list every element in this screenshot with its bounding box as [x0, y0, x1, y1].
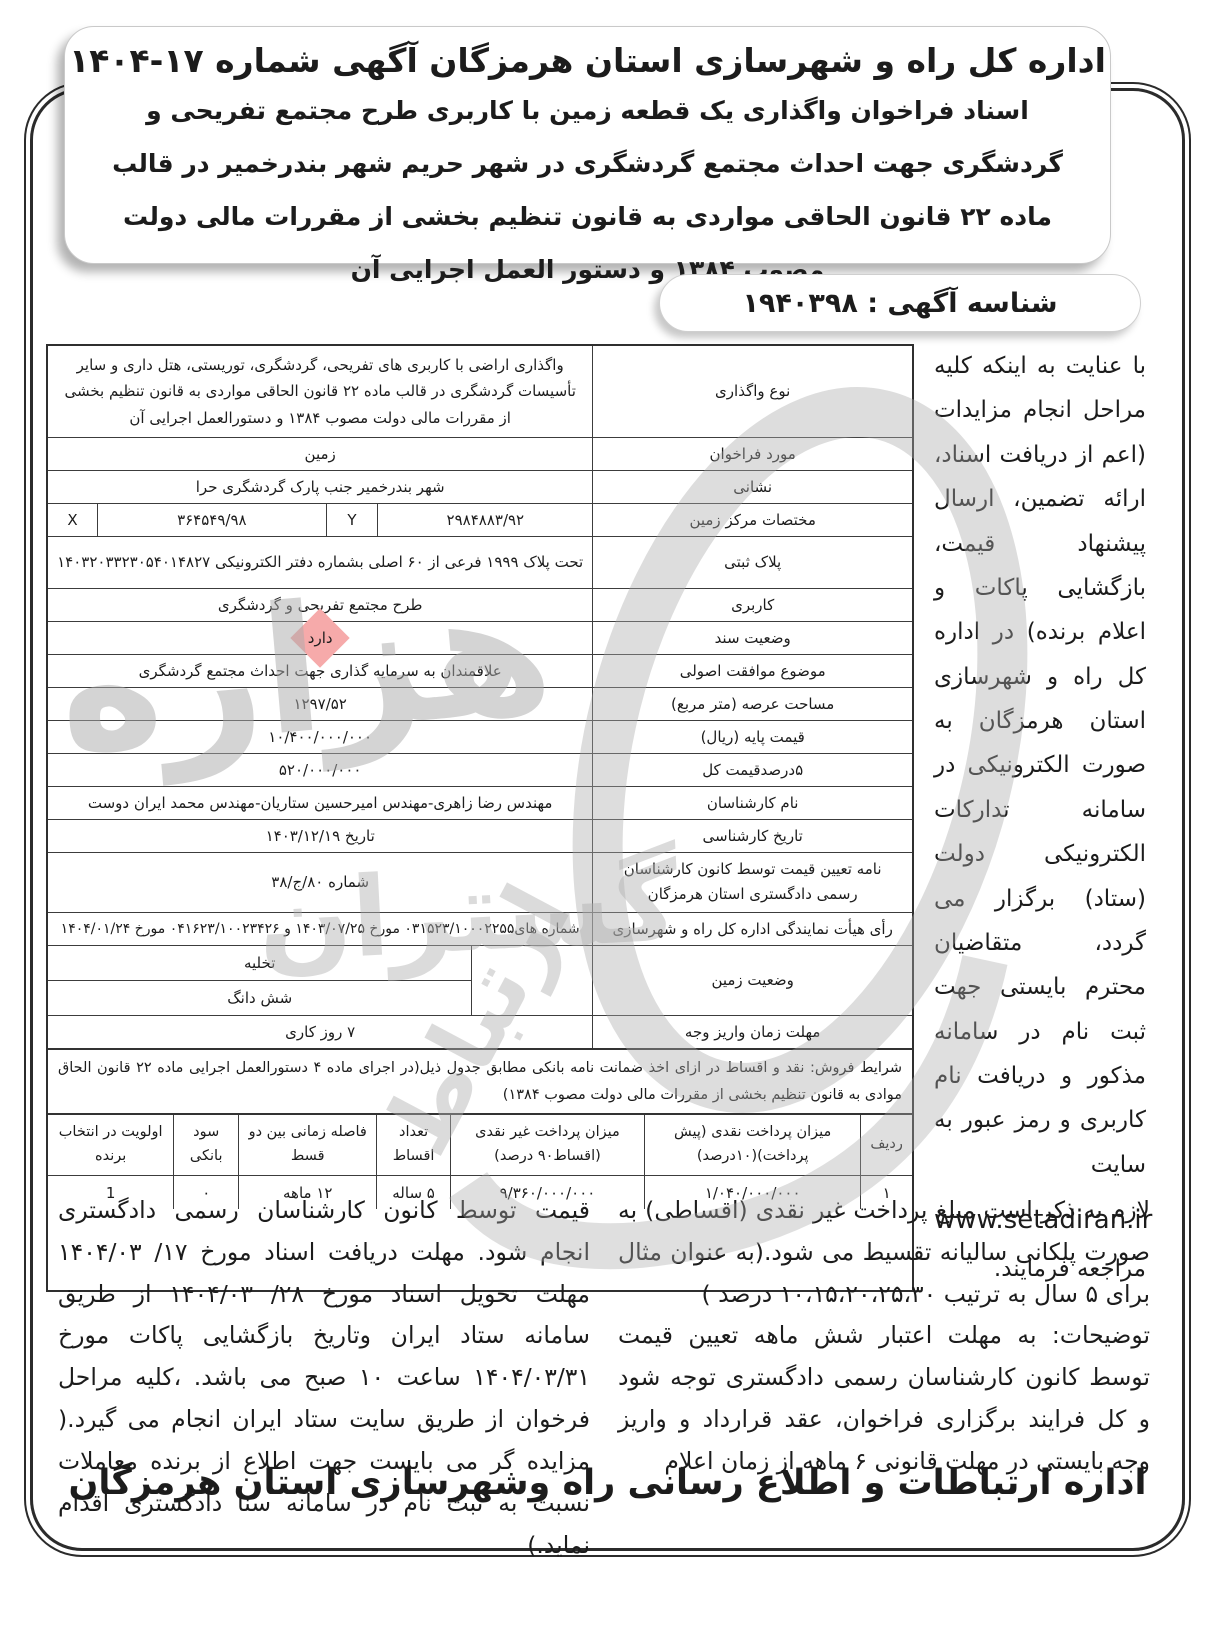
table-row-label: نام کارشناسان	[592, 787, 912, 819]
installments-header-radif: ردیف	[860, 1115, 912, 1175]
installments-header-count: تعداد اقساط	[376, 1115, 449, 1175]
table-row: تاریخ کارشناسی تاریخ ۱۴۰۳/۱۲/۱۹	[48, 819, 912, 852]
table-row-label: مهلت زمان واریز وجه	[592, 1016, 912, 1048]
table-row-label: ۵درصدقیمت کل	[592, 754, 912, 786]
table-row-label: موضوع موافقت اصولی	[592, 655, 912, 687]
table-row-value: شهر بندرخمیر جنب پارک گردشگری حرا	[48, 471, 592, 503]
table-row-value: شماره های۰۳۱۵۲۳/۱۰۰۰۲۲۵۵ مورخ ۱۴۰۳/۰۷/۲۵…	[48, 913, 592, 945]
table-row: مورد فراخوان زمین	[48, 437, 912, 470]
page-subtitle: اسناد فراخوان واگذاری یک قطعه زمین با کا…	[65, 80, 1110, 296]
land-status-values: تخلیه شش دانگ	[48, 946, 471, 1015]
bottom-notes-left-column: قیمت توسط کانون کارشناسان رسمی دادگستری …	[58, 1190, 590, 1566]
table-row-value: مهندس رضا زاهری-مهندس امیرحسین ستاریان-م…	[48, 787, 592, 819]
table-row: مساحت عرصه (متر مربع) ۱۲۹۷/۵۲	[48, 687, 912, 720]
table-row-label: وضعیت زمین	[592, 946, 912, 1015]
document-status-text: دارد	[308, 629, 333, 647]
table-row: موضوع موافقت اصولی علاقمندان به سرمایه گ…	[48, 654, 912, 687]
main-table: نوع واگذاری واگذاری اراضی با کاربری های …	[46, 344, 914, 1292]
footer-title: اداره ارتباطات و اطلاع رسانی راه وشهرساز…	[0, 1463, 1215, 1503]
table-row-label: نامه تعیین قیمت توسط کانون کارشناسان رسم…	[592, 853, 912, 912]
page-title: اداره کل راه و شهرسازی استان هرمزگان آگه…	[69, 41, 1106, 80]
installments-header-cash: میزان پرداخت نقدی (پیش پرداخت)(۱۰درصد)	[644, 1115, 860, 1175]
bottom-notes-right-column: لازم به ذکر است مبلغ پرداخت غیر نقدی (اق…	[618, 1190, 1150, 1566]
land-status-value-1: تخلیه	[48, 946, 471, 980]
bottom-notes: لازم به ذکر است مبلغ پرداخت غیر نقدی (اق…	[58, 1190, 1150, 1566]
table-row-value: تحت پلاک ۱۹۹۹ فرعی از ۶۰ اصلی بشماره دفت…	[48, 537, 592, 588]
table-row-label: نشانی	[592, 471, 912, 503]
table-row-value: زمین	[48, 438, 592, 470]
note-paragraph: توضیحات: به مهلت اعتبار شش ماهه تعیین قی…	[618, 1315, 1150, 1482]
table-row-value: واگذاری اراضی با کاربری های تفریحی، گردش…	[48, 346, 592, 437]
installments-header-priority: اولویت در انتخاب برنده	[48, 1115, 173, 1175]
table-row: ۵درصدقیمت کل ۵۲۰/۰۰۰/۰۰۰	[48, 753, 912, 786]
table-row-value: تاریخ ۱۴۰۳/۱۲/۱۹	[48, 820, 592, 852]
table-row-label: پلاک ثبتی	[592, 537, 912, 588]
newspaper-ad-page: هزاره گستران ارتباط اداره کل راه و شهرسا…	[0, 0, 1215, 1625]
table-row-value: ۱۰/۴۰۰/۰۰۰/۰۰۰	[48, 721, 592, 753]
table-row: وضعیت سند دارد	[48, 621, 912, 654]
table-row-value: ۵۲۰/۰۰۰/۰۰۰	[48, 754, 592, 786]
table-row: قیمت پایه (ریال) ۱۰/۴۰۰/۰۰۰/۰۰۰	[48, 720, 912, 753]
land-status-spacer-cell	[471, 946, 592, 1015]
header-box: اداره کل راه و شهرسازی استان هرمزگان آگه…	[64, 26, 1111, 264]
coordinates-cells: ۲۹۸۴۸۸۳/۹۲ Y ۳۶۴۵۴۹/۹۸ X	[48, 504, 592, 536]
table-row-value: ۱۲۹۷/۵۲	[48, 688, 592, 720]
coordinate-x-value: ۳۶۴۵۴۹/۹۸	[97, 504, 326, 536]
coordinate-y-label: Y	[326, 504, 378, 536]
table-row-label: مختصات مرکز زمین	[592, 504, 912, 536]
note-paragraph: لازم به ذکر است مبلغ پرداخت غیر نقدی (اق…	[618, 1190, 1150, 1315]
table-row: پلاک ثبتی تحت پلاک ۱۹۹۹ فرعی از ۶۰ اصلی …	[48, 536, 912, 588]
table-row: رأی هیأت نمایندگی اداره کل راه و شهرسازی…	[48, 912, 912, 945]
table-row-label: مورد فراخوان	[592, 438, 912, 470]
table-row-value: دارد	[48, 622, 592, 654]
sale-terms-row: شرایط فروش: نقد و اقساط در ازای اخذ ضمان…	[48, 1048, 912, 1114]
coordinate-x-label: X	[48, 504, 97, 536]
announcement-id-badge: شناسه آگهی : ۱۹۴۰۳۹۸	[659, 274, 1141, 332]
table-row-label: قیمت پایه (ریال)	[592, 721, 912, 753]
installments-header-interest: سود بانکی	[173, 1115, 238, 1175]
table-row: نام کارشناسان مهندس رضا زاهری-مهندس امیر…	[48, 786, 912, 819]
sale-terms-text: شرایط فروش: نقد و اقساط در ازای اخذ ضمان…	[48, 1050, 912, 1114]
land-status-value-2: شش دانگ	[48, 980, 471, 1015]
table-row-label: رأی هیأت نمایندگی اداره کل راه و شهرسازی	[592, 913, 912, 945]
sidebar-note: با عنایت به اینکه کلیه مراحل انجام مزاید…	[934, 344, 1146, 1292]
table-row-label: کاربری	[592, 589, 912, 621]
installments-header-interval: فاصله زمانی بین دو قسط	[238, 1115, 376, 1175]
table-row: مهلت زمان واریز وجه ۷ روز کاری	[48, 1015, 912, 1048]
table-row-label: نوع واگذاری	[592, 346, 912, 437]
table-row: نشانی شهر بندرخمیر جنب پارک گردشگری حرا	[48, 470, 912, 503]
table-row-value: شماره ۸۰/ج/۳۸	[48, 853, 592, 912]
table-row-label: تاریخ کارشناسی	[592, 820, 912, 852]
table-row-label: مساحت عرصه (متر مربع)	[592, 688, 912, 720]
coordinates-row: مختصات مرکز زمین ۲۹۸۴۸۸۳/۹۲ Y ۳۶۴۵۴۹/۹۸ …	[48, 503, 912, 536]
note-paragraph: قیمت توسط کانون کارشناسان رسمی دادگستری …	[58, 1190, 590, 1566]
table-row: نوع واگذاری واگذاری اراضی با کاربری های …	[48, 346, 912, 437]
land-status-row: وضعیت زمین تخلیه شش دانگ	[48, 945, 912, 1015]
table-row-label: وضعیت سند	[592, 622, 912, 654]
coordinate-y-value: ۲۹۸۴۸۸۳/۹۲	[377, 504, 592, 536]
installments-header-noncash: میزان پرداخت غیر نقدی (اقساط۹۰ درصد)	[450, 1115, 644, 1175]
table-row-value: ۷ روز کاری	[48, 1016, 592, 1048]
installments-header-row: ردیف میزان پرداخت نقدی (پیش پرداخت)(۱۰در…	[48, 1113, 912, 1175]
sidebar-text: با عنایت به اینکه کلیه مراحل انجام مزاید…	[934, 353, 1146, 1178]
table-row: کاربری طرح مجتمع تفریحی و گردشگری	[48, 588, 912, 621]
table-row: نامه تعیین قیمت توسط کانون کارشناسان رسم…	[48, 852, 912, 912]
content-area: با عنایت به اینکه کلیه مراحل انجام مزاید…	[46, 344, 1146, 1292]
